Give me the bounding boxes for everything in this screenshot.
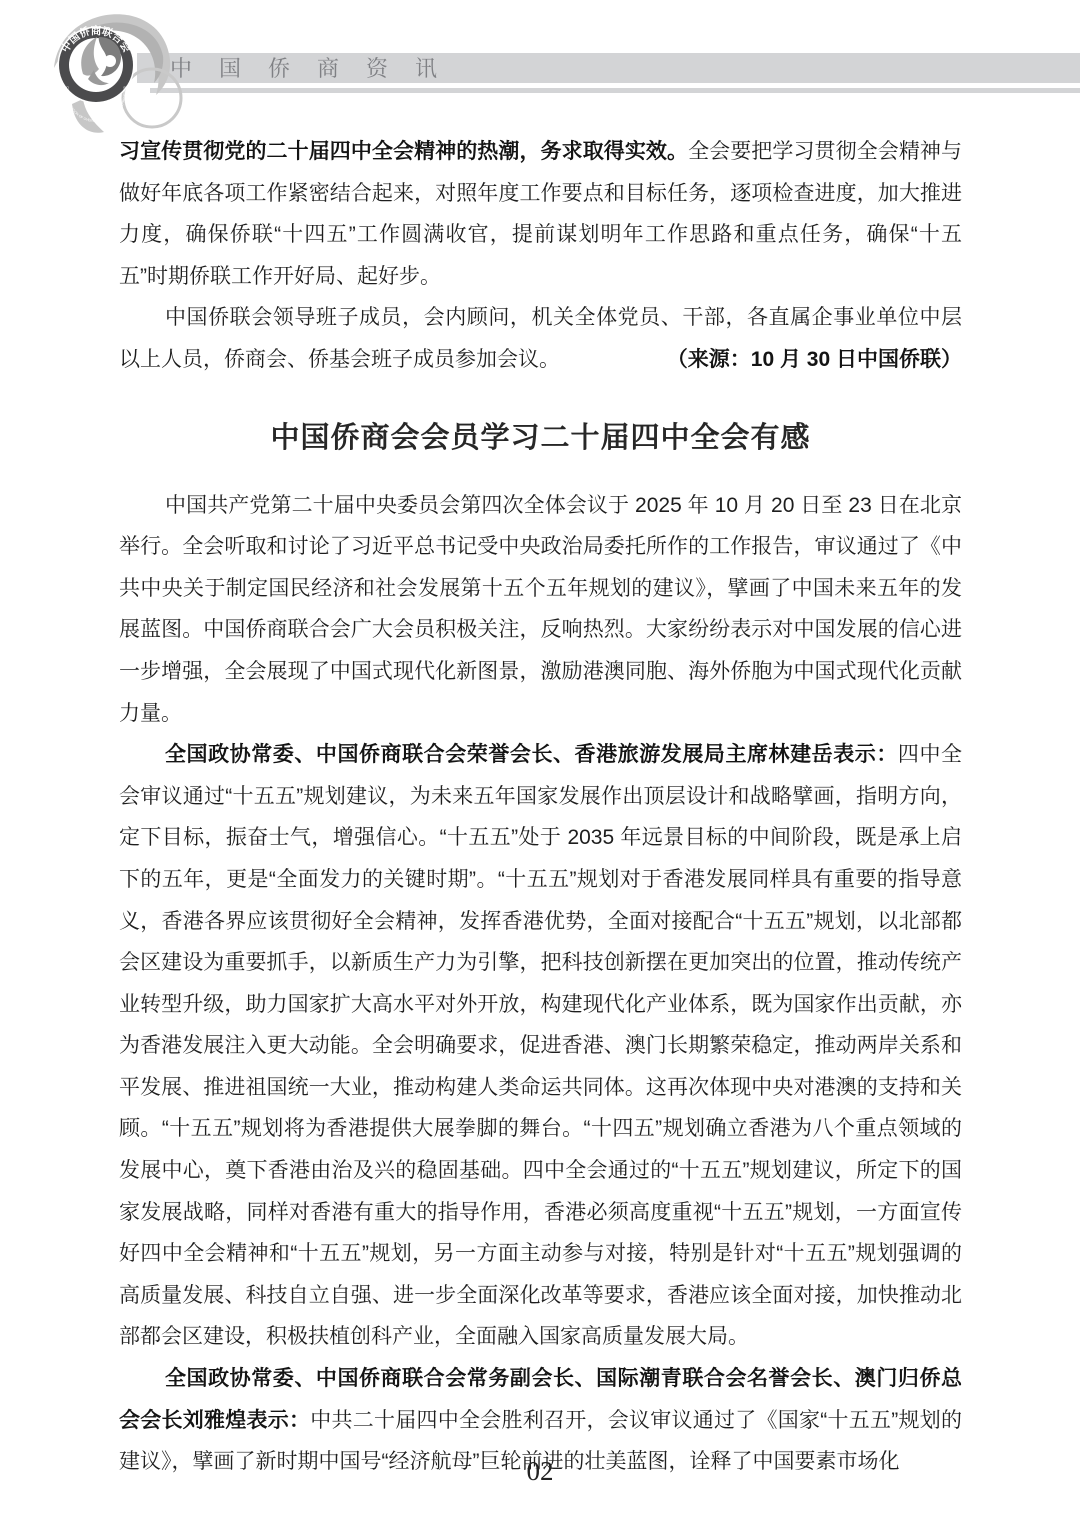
paragraph-continuation-bold: 习宣传贯彻党的二十届四中全会精神的热潮，务求取得实效。	[119, 140, 688, 163]
article-title: 中国侨商会会员学习二十届四中全会有感	[119, 416, 962, 460]
source-attribution: （来源：10 月 30 日中国侨联）	[621, 339, 962, 381]
org-logo: 中国侨商联合会 CHINA FEDERATION OF OVERSEAS CHI…	[30, 6, 215, 146]
seal-flower-spiral-eye	[104, 55, 116, 67]
article-body: 习宣传贯彻党的二十届四中全会精神的热潮，务求取得实效。全会要把学习贯彻全会精神与…	[119, 131, 962, 1483]
paragraph-continuation: 习宣传贯彻党的二十届四中全会精神的热潮，务求取得实效。全会要把学习贯彻全会精神与…	[119, 131, 962, 297]
page-number: 02	[0, 1456, 1080, 1487]
paragraph-plenum-overview: 中国共产党第二十届中央委员会第四次全体会议于 2025 年 10 月 20 日至…	[119, 485, 962, 735]
header-banner-underline	[150, 88, 1080, 93]
paragraph-lam-kin-ngok-lead: 全国政协常委、中国侨商联合会荣誉会长、香港旅游发展局主席林建岳表示：	[165, 743, 898, 766]
paragraph-lam-kin-ngok: 全国政协常委、中国侨商联合会荣誉会长、香港旅游发展局主席林建岳表示：四中全会审议…	[119, 734, 962, 1358]
document-page: 中国侨商资讯 中国侨商联合会	[0, 0, 1080, 1525]
paragraph-attendees: 中国侨联会领导班子成员，会内顾问，机关全体党员、干部，各直属企事业单位中层以上人…	[119, 297, 962, 380]
paragraph-lam-kin-ngok-rest: 四中全会审议通过“十五五”规划建议，为未来五年国家发展作出顶层设计和战略擘画，指…	[119, 743, 962, 1348]
org-seal-logo: 中国侨商联合会 CHINA FEDERATION OF OVERSEAS CHI…	[30, 6, 215, 146]
